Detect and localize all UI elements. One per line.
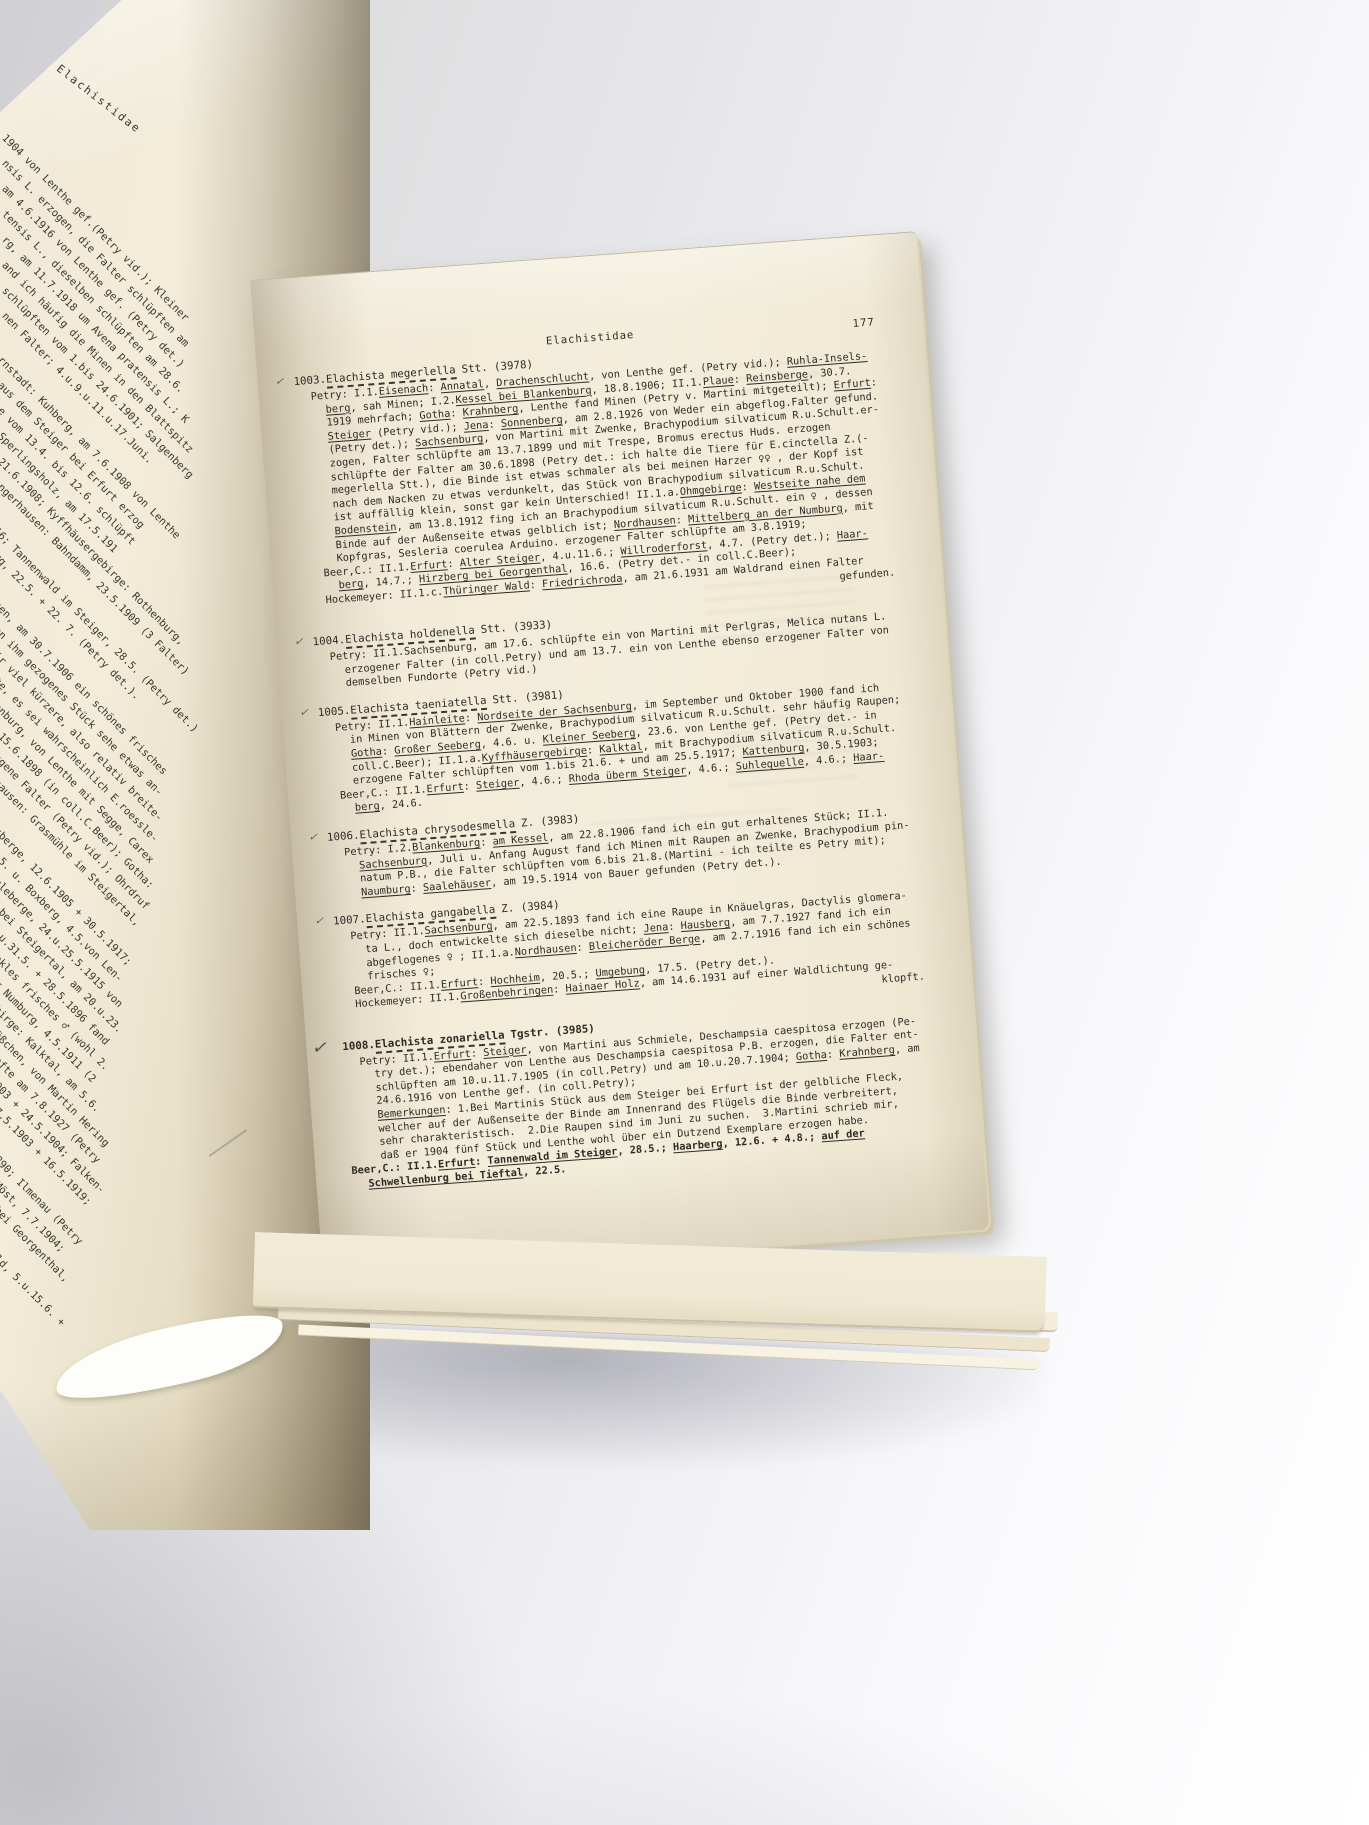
right-page-content: Elachistidae 177 ✓1003.Elachista megerle…	[250, 232, 983, 1195]
book-photo: Elachistidae 1904 von Lenthe gef.(Petry …	[0, 0, 1369, 1825]
checkmark-icon: ✓	[294, 634, 305, 649]
species-authority: Z. (3984)	[501, 898, 560, 915]
entry-number: 1004.	[312, 633, 345, 648]
species-authority: Tgstr. (3985)	[510, 1021, 595, 1040]
checkmark-icon: ✓	[314, 914, 325, 929]
entry-number: 1007.	[333, 913, 366, 928]
family-heading: Elachistidae	[546, 329, 635, 347]
page-number: 177	[852, 316, 875, 330]
entry-number: 1003.	[293, 373, 326, 388]
species-authority: Stt. (3933)	[480, 618, 552, 636]
checkmark-icon: ✓	[308, 830, 319, 845]
left-page-header: Elachistidae	[54, 62, 144, 136]
species-authority: Stt. (3981)	[492, 688, 564, 706]
species-authority: Z. (3983)	[521, 812, 580, 829]
right-page: Elachistidae 177 ✓1003.Elachista megerle…	[250, 231, 990, 1278]
checkmark-icon: ✓	[311, 1034, 329, 1059]
checkmark-icon: ✓	[299, 705, 310, 720]
species-entry: ✓1003.Elachista megerlellaStt. (3978)Pet…	[293, 331, 908, 622]
species-entry: ✓1008.Elachista zonariellaTgstr. (3985)P…	[342, 996, 950, 1192]
entry-number: 1008.	[342, 1037, 375, 1052]
species-authority: Stt. (3978)	[461, 358, 533, 376]
checkmark-icon: ✓	[275, 374, 286, 389]
entry-body: Petry: I.1.Eisenach: Annatal, Drachensch…	[294, 348, 907, 622]
entry-number: 1005.	[317, 704, 350, 719]
entry-number: 1006.	[327, 829, 360, 844]
entry-list: ✓1003.Elachista megerlellaStt. (3978)Pet…	[293, 331, 949, 1192]
